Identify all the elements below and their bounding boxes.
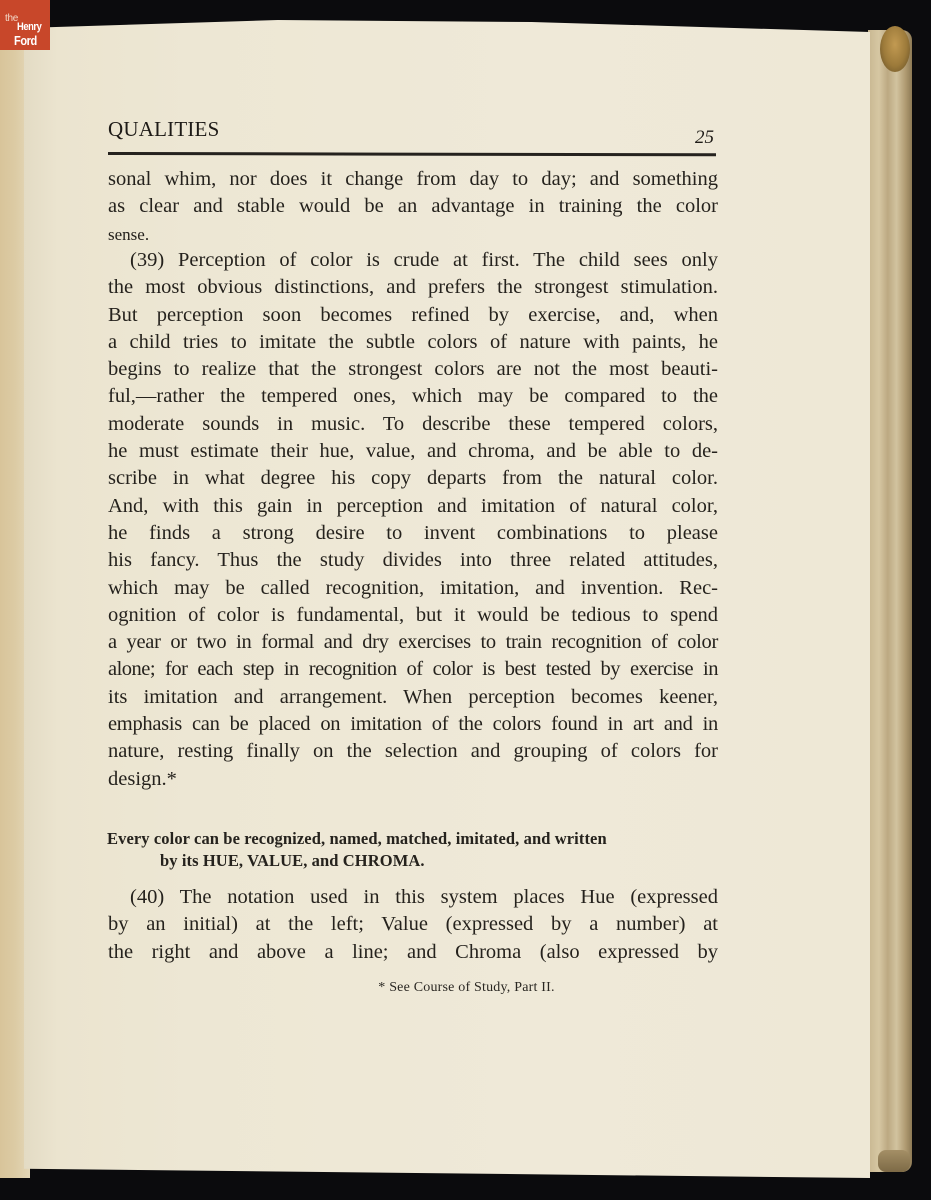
footnote: * See Course of Study, Part II. [0, 980, 931, 996]
text-line: which may be called recognition, imitati… [108, 575, 718, 602]
book-corner-top [880, 26, 910, 72]
text-line: a child tries to imitate the subtle colo… [108, 329, 718, 356]
text-line: ognition of color is fundamental, but it… [108, 602, 718, 629]
book-corner-bottom [878, 1150, 910, 1172]
text-line: sonal whim, nor does it change from day … [108, 166, 718, 193]
text-line: But perception soon becomes refined by e… [108, 302, 718, 329]
text-line: his fancy. Thus the study divides into t… [108, 547, 718, 574]
caption-line-2: by its HUE, VALUE, and CHROMA. [107, 850, 707, 872]
principle-caption: Every color can be recognized, named, ma… [107, 828, 707, 872]
text-line: by an initial) at the left; Value (expre… [108, 911, 718, 938]
text-line: ful,—rather the tempered ones, which may… [108, 383, 718, 410]
text-line: moderate sounds in music. To describe th… [108, 411, 718, 438]
paragraph-continuation: sonal whim, nor does it change from day … [108, 166, 718, 248]
paragraph-39: (39) Perception of color is crude at fir… [108, 247, 718, 793]
text-line: design.* [108, 766, 718, 793]
text-line: sense. [108, 221, 718, 248]
running-head-title: QUALITIES [108, 117, 219, 142]
text-line: alone; for each step in recognition of c… [108, 656, 718, 683]
text-line: And, with this gain in perception and im… [108, 493, 718, 520]
text-line: its imitation and arrangement. When perc… [108, 684, 718, 711]
text-line: he must estimate their hue, value, and c… [108, 438, 718, 465]
page-number: 25 [695, 127, 714, 149]
henry-ford-logo: the Henry Ford [0, 0, 50, 50]
text-line: the most obvious distinctions, and prefe… [108, 274, 718, 301]
logo-henry: Henry [17, 22, 41, 33]
text-line: scribe in what degree his copy departs f… [108, 465, 718, 492]
text-line: he finds a strong desire to invent combi… [108, 520, 718, 547]
footnote-text: * See Course of Study, Part II. [378, 980, 554, 995]
text-line: begins to realize that the strongest col… [108, 356, 718, 383]
text-line: a year or two in formal and dry exercise… [108, 629, 718, 656]
text-line: (39) Perception of color is crude at fir… [108, 247, 718, 274]
text-line: nature, resting finally on the selection… [108, 738, 718, 765]
logo-ford: Ford [14, 34, 37, 47]
text-line: emphasis can be placed on imitation of t… [108, 711, 718, 738]
paragraph-40: (40) The notation used in this system pl… [108, 884, 718, 966]
text-line: as clear and stable would be an advantag… [108, 193, 718, 220]
text-line: the right and above a line; and Chroma (… [108, 939, 718, 966]
book-edge [868, 30, 912, 1172]
caption-line-1: Every color can be recognized, named, ma… [107, 828, 707, 850]
running-head: QUALITIES 25 [108, 117, 716, 157]
text-line: (40) The notation used in this system pl… [108, 884, 718, 911]
